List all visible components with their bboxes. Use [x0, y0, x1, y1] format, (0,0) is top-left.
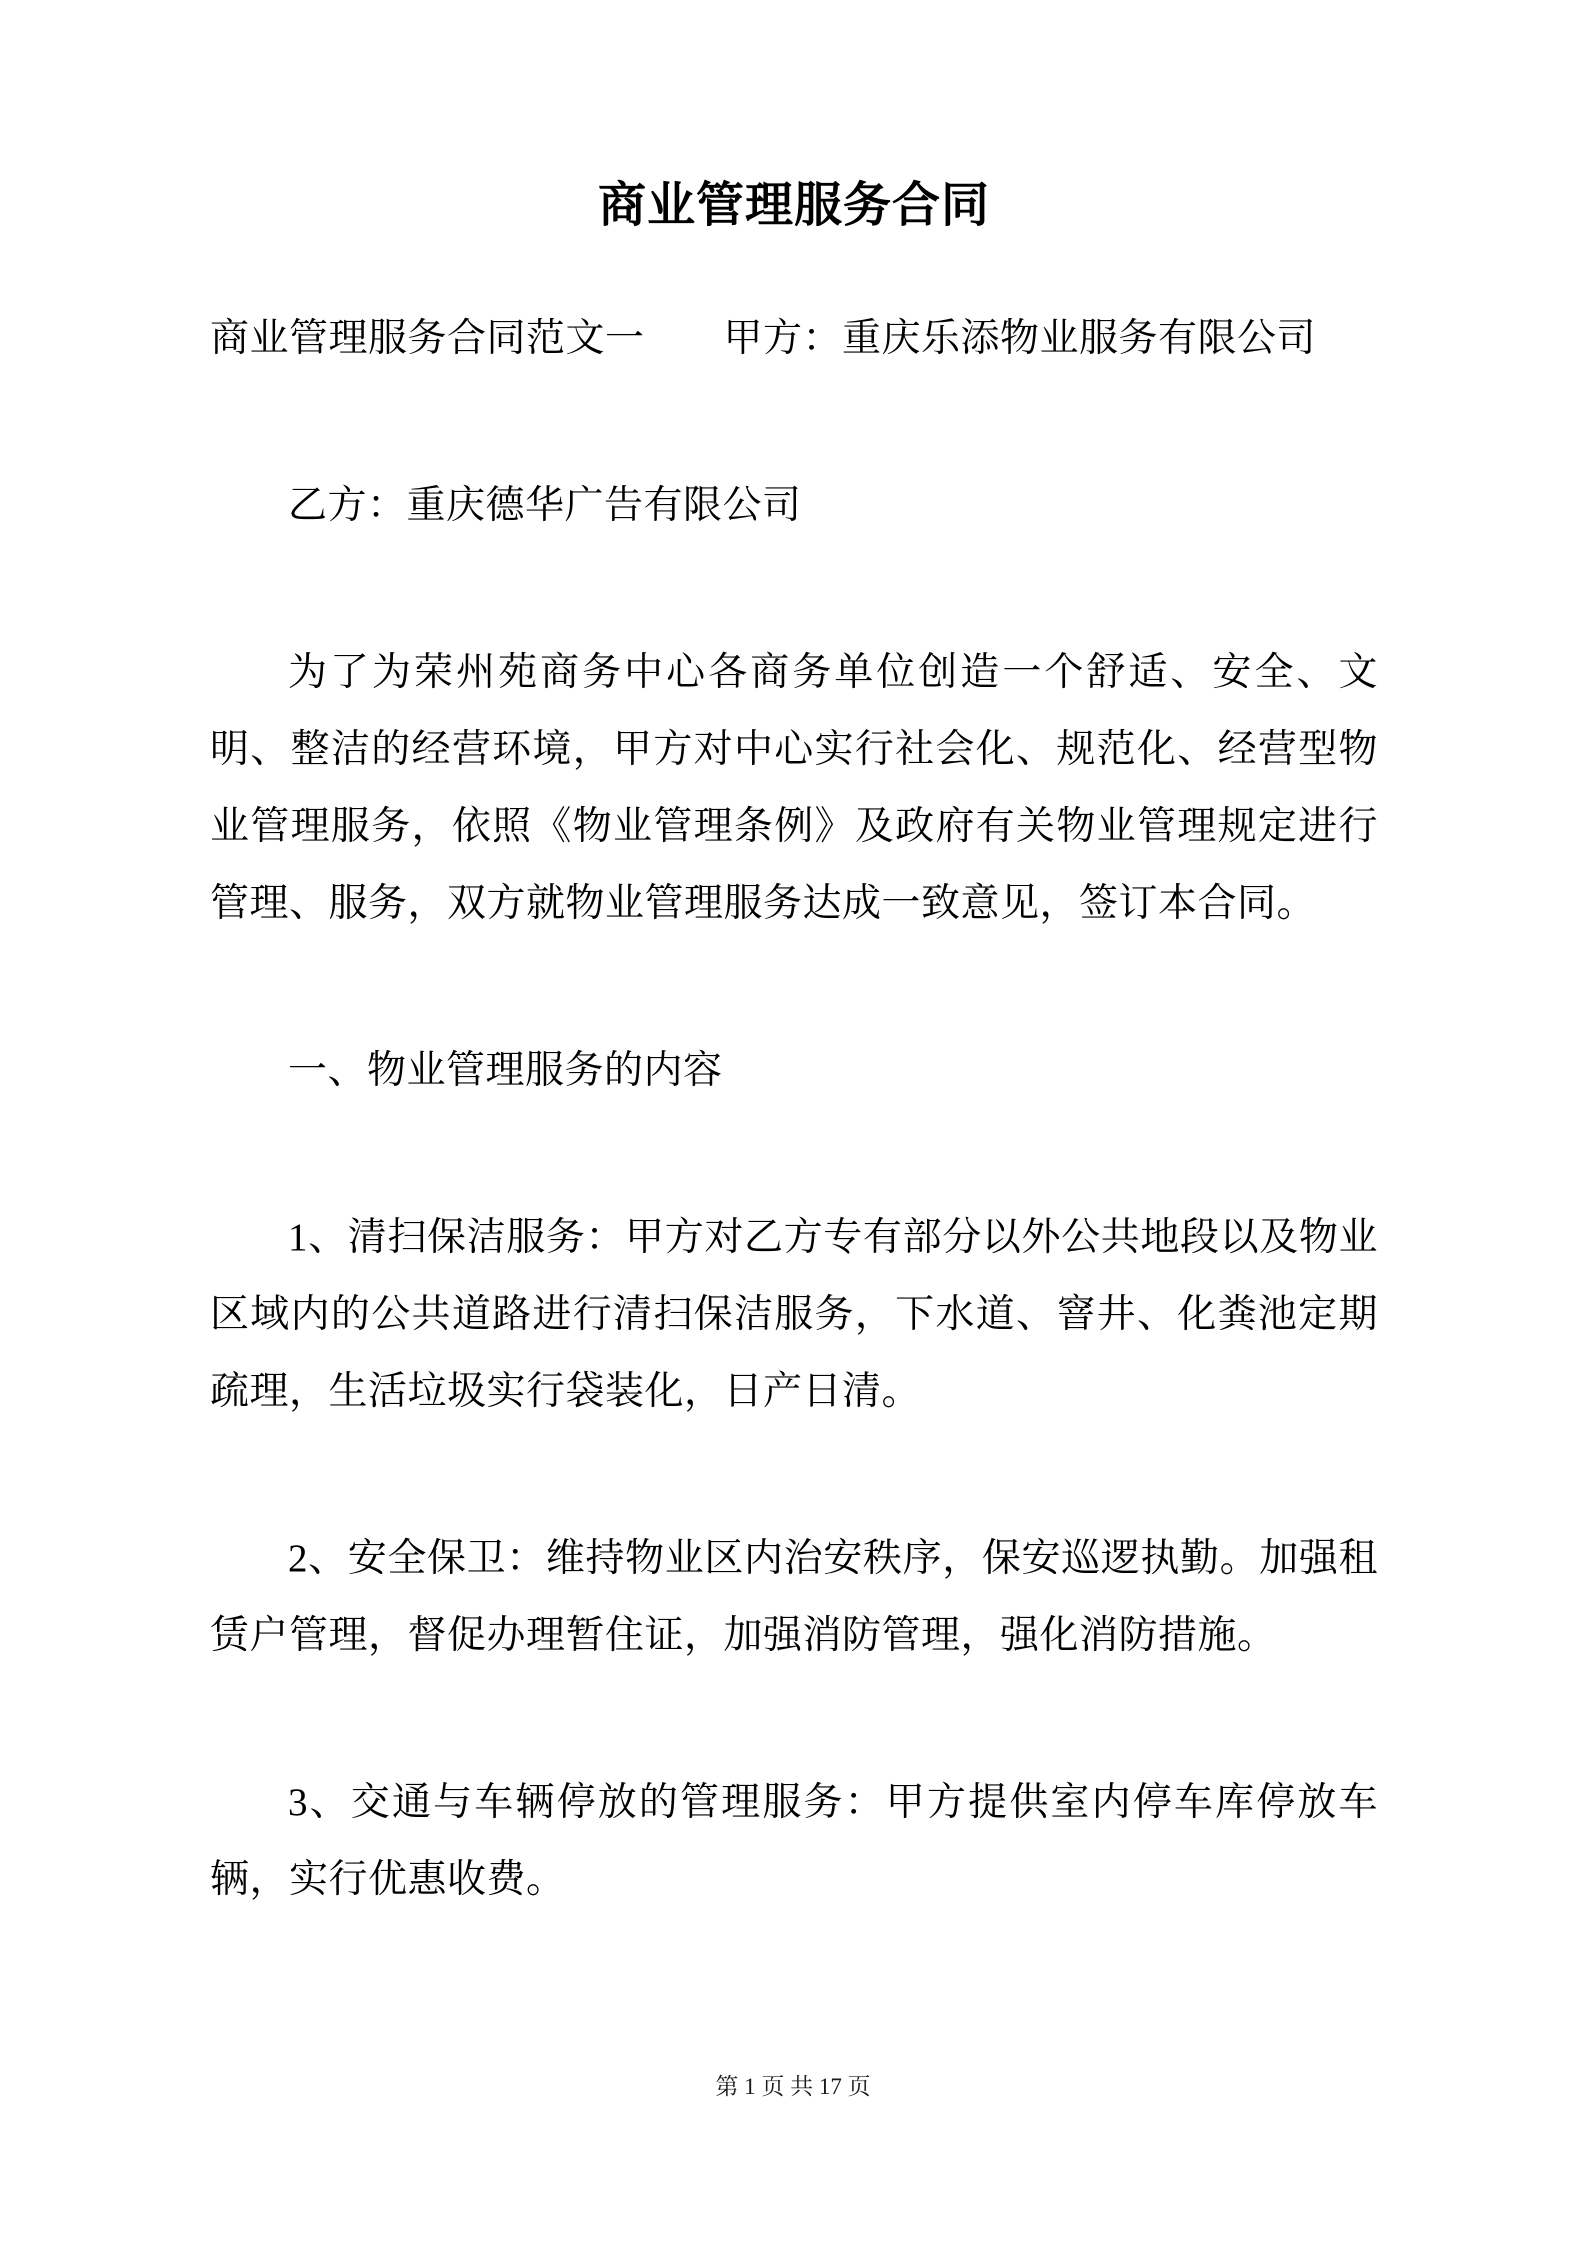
document-page: 商业管理服务合同 商业管理服务合同范文一 甲方：重庆乐添物业服务有限公司乙方：重… [0, 0, 1586, 2244]
paragraph-1: 商业管理服务合同范文一 甲方：重庆乐添物业服务有限公司 [210, 300, 1378, 377]
page-number-footer: 第 1 页 共 17 页 [0, 2072, 1586, 2102]
paragraph-4: 一、物业管理服务的内容 [210, 1032, 1378, 1109]
paragraph-7: 3、交通与车辆停放的管理服务：甲方提供室内停车库停放车辆，实行优惠收费。 [210, 1764, 1378, 1918]
document-title: 商业管理服务合同 [210, 170, 1378, 242]
paragraph-6: 2、安全保卫：维持物业区内治安秩序，保安巡逻执勤。加强租赁户管理，督促办理暂住证… [210, 1520, 1378, 1674]
paragraph-5: 1、清扫保洁服务：甲方对乙方专有部分以外公共地段以及物业区域内的公共道路进行清扫… [210, 1199, 1378, 1430]
paragraph-2: 乙方：重庆德华广告有限公司 [210, 467, 1378, 544]
document-body: 商业管理服务合同范文一 甲方：重庆乐添物业服务有限公司乙方：重庆德华广告有限公司… [210, 300, 1378, 1918]
paragraph-3: 为了为荣州苑商务中心各商务单位创造一个舒适、安全、文明、整洁的经营环境，甲方对中… [210, 634, 1378, 942]
